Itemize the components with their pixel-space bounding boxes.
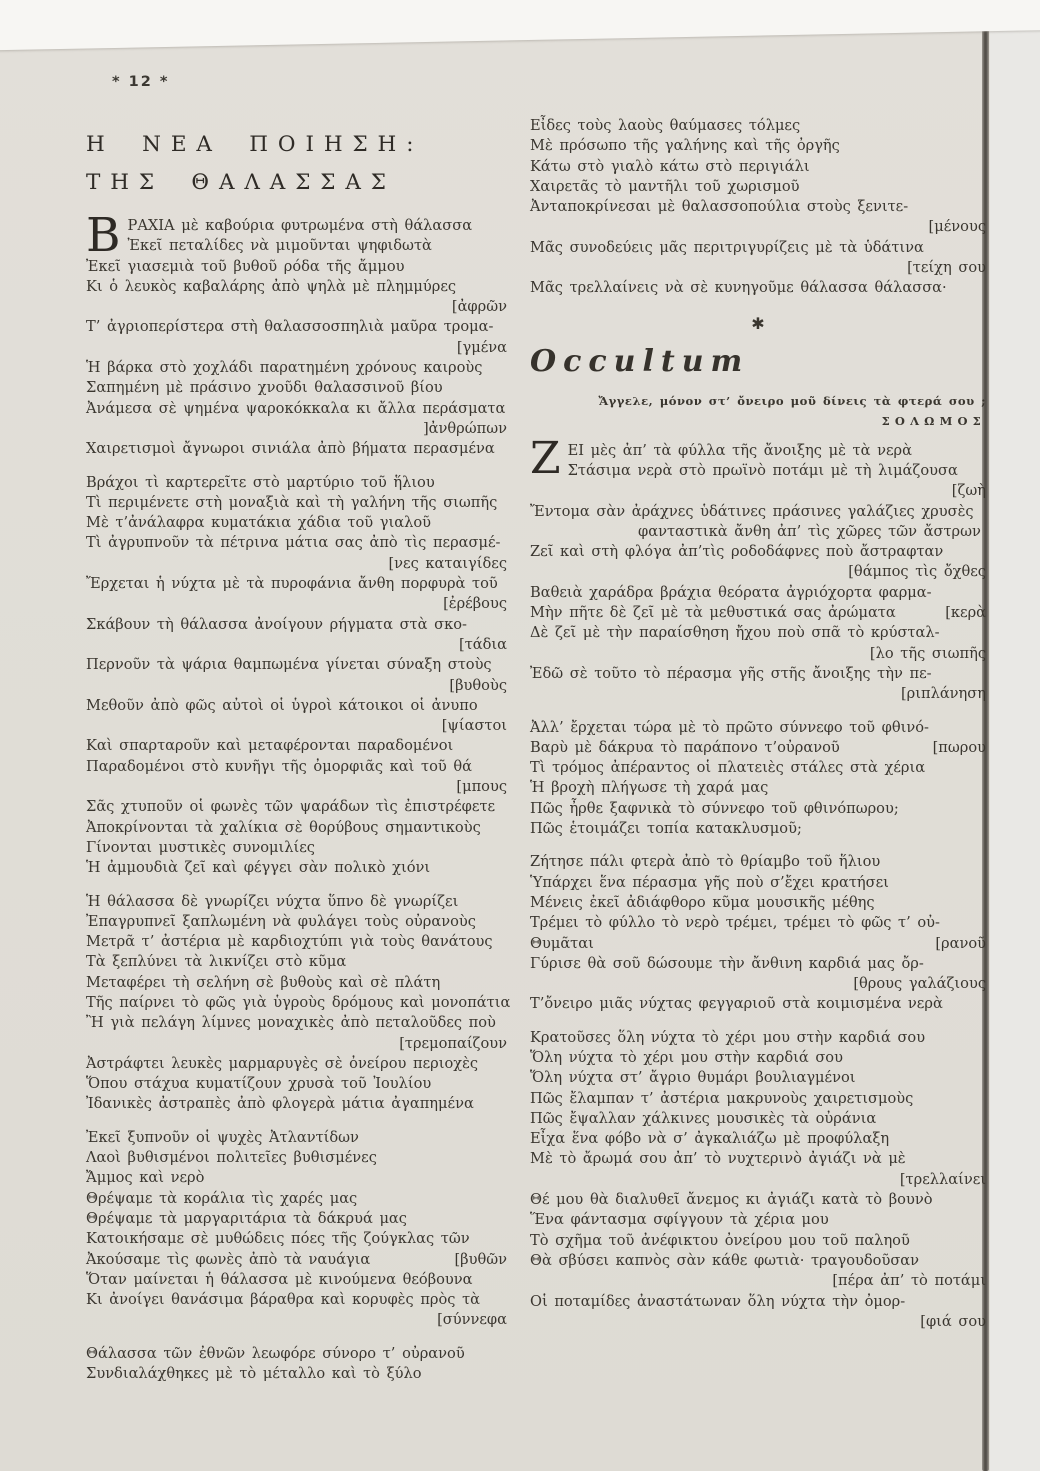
poem-line: [ἐρέβους xyxy=(86,594,507,614)
poem-line: Ἀνταποκρίνεσαι μὲ θαλασσοπούλια στοὺς ξε… xyxy=(530,197,986,217)
poem-line: Κι ἀνοίγει θανάσιμα βάραθρα καὶ κορυφὲς … xyxy=(86,1290,507,1310)
poem-line: Κι ὁ λευκὸς καβαλάρης ἀπὸ ψηλὰ μὲ πλημμύ… xyxy=(86,277,507,297)
line-turnover: [ρανοῦ xyxy=(935,934,986,954)
poem-line: [ριπλάνηση xyxy=(530,684,986,704)
poem-line: Τὸ σχῆμα τοῦ ἀνέφικτου ὀνείρου μου τοῦ π… xyxy=(530,1231,986,1251)
poem-line: Μὲ τ’ἀνάλαφρα κυματάκια χάδια τοῦ γιαλοῦ xyxy=(86,513,507,533)
poem-line: Κάτω στὸ γιαλὸ κάτω στὸ περιγιάλι xyxy=(530,157,986,177)
poem-line: Χαιρετᾶς τὸ μαντῆλι τοῦ χωρισμοῦ xyxy=(530,177,986,197)
poem-line: Ἰδανικὲς ἀστραπὲς ἀπὸ φλογερὰ μάτια ἀγαπ… xyxy=(86,1094,507,1114)
poem-line: Γύρισε θὰ σοῦ δώσουμε τὴν ἄνθινη καρδιά … xyxy=(530,954,986,974)
poem-line: Ὅλη νύχτα στ’ ἄγριο θυμάρι βουλιαγμένοι xyxy=(530,1068,986,1088)
stanza: ΡΑΧΙΑ μὲ καβούρια φυτρωμένα στὴ θάλασσαἘ… xyxy=(86,216,507,460)
poem-line: [ρανοῦΘυμᾶται xyxy=(530,934,986,954)
poem-line: [μένους xyxy=(530,217,986,237)
poem-line: [λο τῆς σιωπῆς xyxy=(530,644,986,664)
poem-line: Ὅταν μαίνεται ἡ θάλασσα μὲ κινούμενα θεό… xyxy=(86,1270,507,1290)
scan-right-margin xyxy=(990,0,1040,1471)
poem-line: Τ’ ἀγριοπερίστερα στὴ θαλασσοσπηλιὰ μαῦρ… xyxy=(86,317,507,337)
dropcap-initial-zeta: Ζ xyxy=(530,441,568,477)
poem-line: φανταστικὰ ἄνθη ἀπ’ τὶς χῶρες τῶν ἄστρων xyxy=(530,522,986,542)
poem-line: [νες καταιγίδες xyxy=(86,554,507,574)
poem-line: Ἡ ἀμμουδιὰ ζεῖ καὶ φέγγει σὰν πολικὸ χιό… xyxy=(86,858,507,878)
poem-line: [θάμπος τὶς ὄχθες xyxy=(530,562,986,582)
right-column: Εἶδες τοὺς λαοὺς θαύμασες τόλμεςΜὲ πρόσω… xyxy=(530,116,986,1345)
poem-line: Λαοὶ βυθισμένοι πολιτεῖες βυθισμένες xyxy=(86,1148,507,1168)
poem-line: [ἀφρῶν xyxy=(86,297,507,317)
poem-line: Θρέψαμε τὰ μαργαριτάρια τὰ δάκρυά μας xyxy=(86,1209,507,1229)
poem-line: ΕΙ μὲς ἀπ’ τὰ φύλλα τῆς ἄνοιξης μὲ τὰ νε… xyxy=(530,441,986,461)
poem-line: Κατοικήσαμε σὲ μυθώδεις πόες τῆς ζούγκλα… xyxy=(86,1229,507,1249)
poem-line: Ἔρχεται ἡ νύχτα μὲ τὰ πυροφάνια ἄνθη πορ… xyxy=(86,574,507,594)
poem-line: Ἔντομα σὰν ἀράχνες ὑδάτινες πράσινες γαλ… xyxy=(530,502,986,522)
scanned-magazine-page: * 12 * Η ΝΕΑ ΠΟΙΗΣΗ: ΤΗΣ ΘΑΛΑΣΣΑΣ Β ΡΑΧΙ… xyxy=(0,0,1040,1471)
poem-line: Τὶ περιμένετε στὴ μοναξιὰ καὶ τὴ γαλήνη … xyxy=(86,493,507,513)
poem-line: Ἐκεῖ πεταλίδες νὰ μιμοῦνται ψηφιδωτὰ xyxy=(86,236,507,256)
poem-line: Τ’ὄνειρο μιᾶς νύχτας φεγγαριοῦ στὰ κοιμι… xyxy=(530,994,986,1014)
poem-line: Στάσιμα νερὰ στὸ πρωϊνὸ ποτάμι μὲ τὴ λιμ… xyxy=(530,461,986,481)
poem-line: [βυθοὺς xyxy=(86,676,507,696)
poem-line: Εἶδες τοὺς λαοὺς θαύμασες τόλμες xyxy=(530,116,986,136)
poem-line: Κρατοῦσες ὅλη νύχτα τὸ χέρι μου στὴν καρ… xyxy=(530,1028,986,1048)
poem-line: Ἄμμος καὶ νερὸ xyxy=(86,1168,507,1188)
poem-line: [φιά σου xyxy=(530,1312,986,1332)
left-column: Η ΝΕΑ ΠΟΙΗΣΗ: ΤΗΣ ΘΑΛΑΣΣΑΣ Β ΡΑΧΙΑ μὲ κα… xyxy=(86,126,507,1397)
poem-line: [κερὰΜὴν πῆτε δὲ ζεῖ μὲ τὰ μεθυστικά σας… xyxy=(530,603,986,623)
title-line-1: Η ΝΕΑ ΠΟΙΗΣΗ: xyxy=(86,126,507,164)
poem-line: Ἕνα φάντασμα σφίγγουν τὰ χέρια μου xyxy=(530,1210,986,1230)
poem-line: [γμένα xyxy=(86,338,507,358)
poem-line: Ὅλη νύχτα τὸ χέρι μου στὴν καρδιά σου xyxy=(530,1048,986,1068)
poem-line: Ἐδῶ σὲ τοῦτο τὸ πέρασμα γῆς στῆς ἄνοιξης… xyxy=(530,664,986,684)
poem-line: Δὲ ζεῖ μὲ τὴν παραίσθηση ἤχου ποὺ σπᾶ τὸ… xyxy=(530,623,986,643)
article-title: Η ΝΕΑ ΠΟΙΗΣΗ: ΤΗΣ ΘΑΛΑΣΣΑΣ xyxy=(86,126,507,202)
poem-line: ]ἀνθρώπων xyxy=(86,419,507,439)
poem-line: Τρέμει τὸ φύλλο τὸ νερὸ τρέμει, τρέμει τ… xyxy=(530,913,986,933)
sea-poem-continued-stanzas: Εἶδες τοὺς λαοὺς θαύμασες τόλμεςΜὲ πρόσω… xyxy=(530,116,986,299)
poem-line: [ζωὴ xyxy=(530,481,986,501)
epigraph-attribution: ΣΟΛΩΜΟΣ xyxy=(530,414,986,428)
dropcap-initial-beta: Β xyxy=(86,216,128,255)
poem-line: Καὶ σπαρταροῦν καὶ μεταφέρονται παραδομέ… xyxy=(86,736,507,756)
scan-top-edge xyxy=(0,0,1040,51)
stanza: Ζήτησε πάλι φτερὰ ἀπὸ τὸ θρίαμβο τοῦ ἥλι… xyxy=(530,852,986,1014)
poem-line: [πωρουΒαρὺ μὲ δάκρυα τὸ παράπονο τ’οὐραν… xyxy=(530,738,986,758)
poem-line: Τὰ ξεπλύνει τὰ λικνίζει στὸ κῦμα xyxy=(86,952,507,972)
poem-line: [ψίαστοι xyxy=(86,716,507,736)
page-number: * 12 * xyxy=(112,74,169,90)
poem-line: Πῶς ἦρθε ξαφνικὰ τὸ σύννεφο τοῦ φθινόπωρ… xyxy=(530,799,986,819)
poem-line: Σᾶς χτυποῦν οἱ φωνὲς τῶν ψαράδων τὶς ἐπι… xyxy=(86,797,507,817)
poem-line: Ζεῖ καὶ στὴ φλόγα ἀπ’τὶς ροδοδάφνες ποὺ … xyxy=(530,542,986,562)
poem-line: Ἐκεῖ γιασεμιὰ τοῦ βυθοῦ ρόδα τῆς ἄμμου xyxy=(86,257,507,277)
poem-line: Θρέψαμε τὰ κοράλια τὶς χαρές μας xyxy=(86,1189,507,1209)
poem-line: Μὲ πρόσωπο τῆς γαλήνης καὶ τῆς ὀργῆς xyxy=(530,136,986,156)
poem-line: [τρελλαίνει xyxy=(530,1170,986,1190)
poem-line: Τῆς παίρνει τὸ φῶς γιὰ ὑγροὺς δρόμους κα… xyxy=(86,993,507,1013)
stanza: Εἶδες τοὺς λαοὺς θαύμασες τόλμεςΜὲ πρόσω… xyxy=(530,116,986,299)
stanza: Κρατοῦσες ὅλη νύχτα τὸ χέρι μου στὴν καρ… xyxy=(530,1028,986,1332)
poem-line: Πῶς ἔλαμπαν τ’ ἀστέρια μακρυνοὺς χαιρετι… xyxy=(530,1089,986,1109)
poem-line: Μὲ τὸ ἄρωμά σου ἀπ’ τὸ νυχτερινὸ ἀγιάζι … xyxy=(530,1149,986,1169)
poem-line: Μεθοῦν ἀπὸ φῶς αὐτοὶ οἱ ὑγροὶ κάτοικοι ο… xyxy=(86,696,507,716)
poem-occultum: Ζ ΕΙ μὲς ἀπ’ τὰ φύλλα τῆς ἄνοιξης μὲ τὰ … xyxy=(530,441,986,1332)
poem-line: Ὑπάρχει ἕνα πέρασμα γῆς ποὺ σ’ἔχει κρατή… xyxy=(530,873,986,893)
line-turnover: [κερὰ xyxy=(945,603,986,623)
line-turnover: [βυθῶν xyxy=(454,1250,507,1270)
line-turnover: [πωρου xyxy=(933,738,986,758)
stanza: ΕΙ μὲς ἀπ’ τὰ φύλλα τῆς ἄνοιξης μὲ τὰ νε… xyxy=(530,441,986,705)
poem-title-occultum: Occultum xyxy=(530,344,986,379)
poem-line: Βράχοι τὶ καρτερεῖτε στὸ μαρτύριο τοῦ ἥλ… xyxy=(86,473,507,493)
poem-line: [τείχη σου xyxy=(530,258,986,278)
poem-line: Τὶ ἀγρυπνοῦν τὰ πέτρινα μάτια σας ἀπὸ τὶ… xyxy=(86,533,507,553)
poem-line: Μετρᾶ τ’ ἀστέρια μὲ καρδιοχτύπι γιὰ τοὺς… xyxy=(86,932,507,952)
poem-line: Βαθειὰ χαράδρα βράχια θεόρατα ἀγριόχορτα… xyxy=(530,583,986,603)
occultum-stanzas: ΕΙ μὲς ἀπ’ τὰ φύλλα τῆς ἄνοιξης μὲ τὰ νε… xyxy=(530,441,986,1332)
poem-line: Συνδιαλάχθηκες μὲ τὸ μέταλλο καὶ τὸ ξύλο xyxy=(86,1364,507,1384)
poem-line: Ἐκεῖ ξυπνοῦν οἱ ψυχὲς Ἀτλαντίδων xyxy=(86,1128,507,1148)
poem-line: Θέ μου θὰ διαλυθεῖ ἄνεμος κι ἀγιάζι κατὰ… xyxy=(530,1190,986,1210)
poem-sea: Β ΡΑΧΙΑ μὲ καβούρια φυτρωμένα στὴ θάλασσ… xyxy=(86,216,507,1384)
poem-line: Ἡ θάλασσα δὲ γνωρίζει νύχτα ὕπνο δὲ γνωρ… xyxy=(86,892,507,912)
poem-line: Γίνονται μυστικὲς συνομιλίες xyxy=(86,838,507,858)
poem-line: Περνοῦν τὰ ψάρια θαμπωμένα γίνεται σύναξ… xyxy=(86,655,507,675)
poem-line: Θάλασσα τῶν ἐθνῶν λεωφόρε σύνορο τ’ οὐρα… xyxy=(86,1344,507,1364)
poem-line: Ἀστράφτει λευκὲς μαρμαρυγὲς σὲ ὀνείρου π… xyxy=(86,1054,507,1074)
stanza: Θάλασσα τῶν ἐθνῶν λεωφόρε σύνορο τ’ οὐρα… xyxy=(86,1344,507,1385)
poem-line: Σκάβουν τὴ θάλασσα ἀνοίγουν ρήγματα στὰ … xyxy=(86,615,507,635)
poem-line: ΡΑΧΙΑ μὲ καβούρια φυτρωμένα στὴ θάλασσα xyxy=(86,216,507,236)
poem-line: Ἀποκρίνονται τὰ χαλίκια σὲ θορύβους σημα… xyxy=(86,818,507,838)
poem-line: [βυθῶνἈκούσαμε τὶς φωνὲς ἀπὸ τὰ ναυάγια xyxy=(86,1250,507,1270)
poem-line: Μᾶς συνοδεύεις μᾶς περιτριγυρίζεις μὲ τὰ… xyxy=(530,238,986,258)
poem-line: [τάδια xyxy=(86,635,507,655)
section-separator-asterisk: ✱ xyxy=(530,314,986,333)
poem-line: Ἢ γιὰ πελάγη λίμνες μοναχικὲς ἀπὸ πεταλο… xyxy=(86,1013,507,1033)
stanza: Βράχοι τὶ καρτερεῖτε στὸ μαρτύριο τοῦ ἥλ… xyxy=(86,473,507,879)
poem-line: Θὰ σβύσει καπνὸς σὰν κάθε φωτιὰ· τραγουδ… xyxy=(530,1251,986,1271)
poem-line: [θρους γαλάζιους xyxy=(530,974,986,994)
epigraph-block: Ἄγγελε, μόνον στ’ ὄνειρο μοῦ δίνεις τὰ φ… xyxy=(530,394,986,428)
stanza: Ἀλλ’ ἔρχεται τώρα μὲ τὸ πρῶτο σύννεφο το… xyxy=(530,718,986,840)
poem-line: Πῶς ἔψαλλαν χάλκινες μουσικὲς τὰ οὐράνια xyxy=(530,1109,986,1129)
poem-line: [τρεμοπαίζουν xyxy=(86,1034,507,1054)
poem-line: Χαιρετισμοὶ ἄγνωροι σινιάλα ἀπὸ βήματα π… xyxy=(86,439,507,459)
poem-line: [σύννεφα xyxy=(86,1310,507,1330)
poem-line: Ἡ βροχὴ πλήγωσε τὴ χαρά μας xyxy=(530,778,986,798)
stanza: Ἡ θάλασσα δὲ γνωρίζει νύχτα ὕπνο δὲ γνωρ… xyxy=(86,892,507,1115)
poem-line: Μένεις ἐκεῖ ἀδιάφθορο κῦμα μουσικῆς μέθη… xyxy=(530,893,986,913)
poem-line: Τὶ τρόμος ἀπέραντος οἱ πλατειὲς στάλες σ… xyxy=(530,758,986,778)
poem-sea-continued: Εἶδες τοὺς λαοὺς θαύμασες τόλμεςΜὲ πρόσω… xyxy=(530,116,986,299)
poem-line: [πέρα ἀπ’ τὸ ποτάμι xyxy=(530,1271,986,1291)
poem-line: Ἐπαγρυπνεῖ ξαπλωμένη νὰ φυλάγει τοὺς οὐρ… xyxy=(86,912,507,932)
poem-line: Σαπημένη μὲ πράσινο χνοῦδι θαλασσινοῦ βί… xyxy=(86,378,507,398)
poem-line: Παραδομένοι στὸ κυνῆγι τῆς ὀμορφιᾶς καὶ … xyxy=(86,757,507,777)
poem-line: Πῶς ἑτοιμάζει τοπία κατακλυσμοῦ; xyxy=(530,819,986,839)
poem-line: Ἡ βάρκα στὸ χοχλάδι παρατημένη χρόνους κ… xyxy=(86,358,507,378)
poem-line: Μεταφέρει τὴ σελήνη σὲ βυθοὺς καὶ σὲ πλά… xyxy=(86,973,507,993)
poem-line: Ἀλλ’ ἔρχεται τώρα μὲ τὸ πρῶτο σύννεφο το… xyxy=(530,718,986,738)
poem-line: Εἶχα ἕνα φόβο νὰ σ’ ἀγκαλιάζω μὲ προφύλα… xyxy=(530,1129,986,1149)
poem-line: Ζήτησε πάλι φτερὰ ἀπὸ τὸ θρίαμβο τοῦ ἥλι… xyxy=(530,852,986,872)
epigraph-text: Ἄγγελε, μόνον στ’ ὄνειρο μοῦ δίνεις τὰ φ… xyxy=(530,394,986,408)
stanza: Ἐκεῖ ξυπνοῦν οἱ ψυχὲς ἈτλαντίδωνΛαοὶ βυθ… xyxy=(86,1128,507,1331)
poem-line: Ἀνάμεσα σὲ ψημένα ψαροκόκκαλα κι ἄλλα πε… xyxy=(86,399,507,419)
poem-line: Οἱ ποταμίδες ἀναστάτωναν ὅλη νύχτα τὴν ὀ… xyxy=(530,1292,986,1312)
title-line-2: ΤΗΣ ΘΑΛΑΣΣΑΣ xyxy=(86,164,507,202)
poem-line: Ὅπου στάχυα κυματίζουν χρυσὰ τοῦ Ἰουλίου xyxy=(86,1074,507,1094)
poem-line: Μᾶς τρελλαίνεις νὰ σὲ κυνηγοῦμε θάλασσα … xyxy=(530,278,986,298)
sea-poem-stanzas: ΡΑΧΙΑ μὲ καβούρια φυτρωμένα στὴ θάλασσαἘ… xyxy=(86,216,507,1384)
poem-line: [μπους xyxy=(86,777,507,797)
